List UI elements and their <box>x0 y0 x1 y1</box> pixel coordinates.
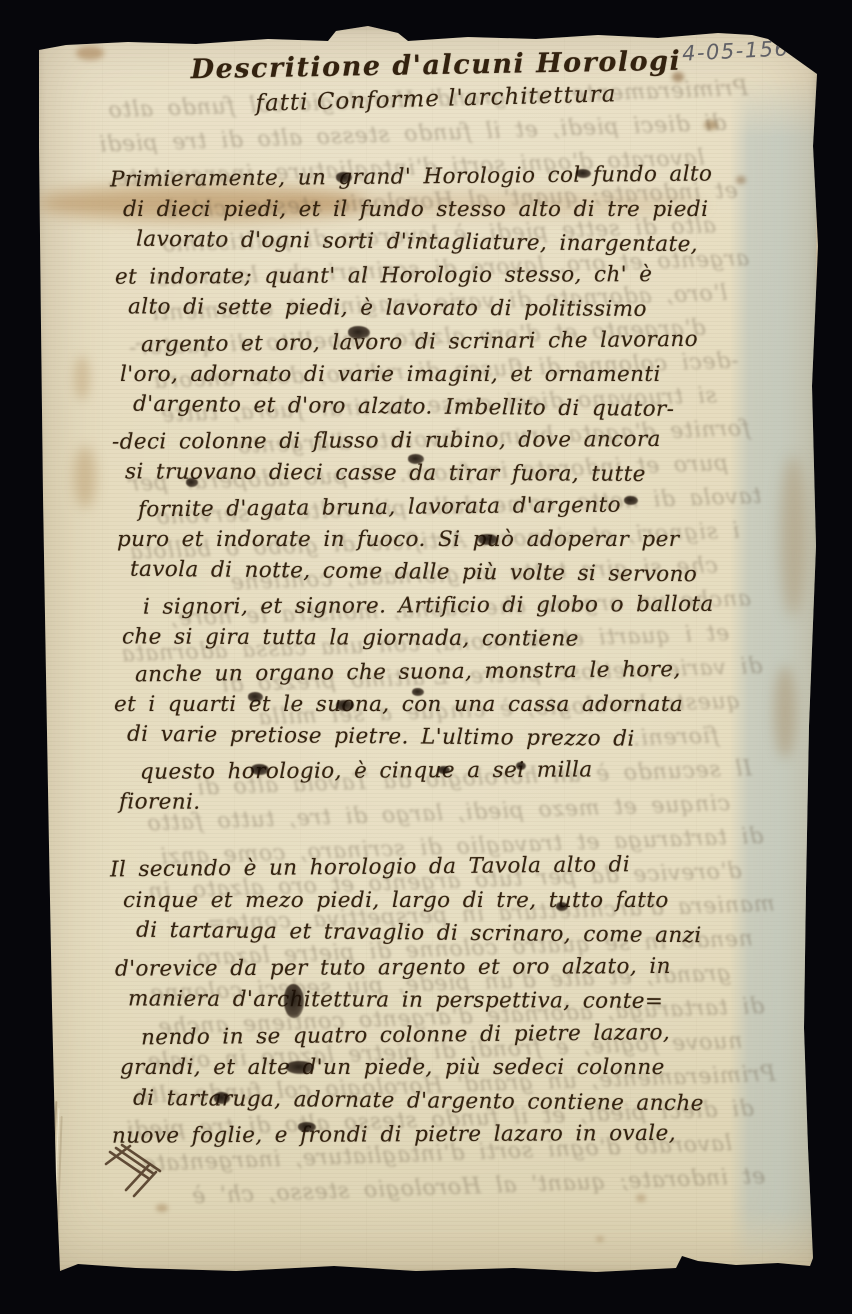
title-block: Descritione d'alcuni Horologi fatti Conf… <box>156 50 716 112</box>
manuscript-page: Primieramente, un grand' Horologio col f… <box>36 26 818 1274</box>
manuscript-line: l'oro, adornato di varie imagini, et orn… <box>120 358 800 391</box>
manuscript-line: tavola di notte, come dalle più volte si… <box>130 553 810 593</box>
manuscript-line: fioreni. <box>119 785 799 821</box>
manuscript-line: grandi, et alte d'un piede, più sedeci c… <box>120 1051 800 1085</box>
paragraph-first-clock: Primieramente, un grand' Horologio col f… <box>110 160 790 820</box>
manuscript-line: lavorato d'ogni sorti d'intagliature, in… <box>136 223 816 263</box>
document-title: Descritione d'alcuni Horologi <box>156 45 716 86</box>
manuscript-line: d'orevice da per tuto argento et oro alz… <box>115 949 795 986</box>
manuscript-line: puro et indorate in fuoco. Si può adoper… <box>117 523 797 556</box>
manuscript-line: di tartaruga, adornate d'argento contien… <box>133 1081 813 1121</box>
manuscript-line: che si gira tutta la giornada, contiene <box>122 620 802 656</box>
manuscript-line: alto di sette piedi, è lavorato di polit… <box>128 290 808 326</box>
manuscript-line: i signori, et signore. Artificio di glob… <box>143 587 823 623</box>
manuscript-line: et i quarti et le suona, con una cassa a… <box>114 688 794 721</box>
manuscript-line: nuove foglie, e frondi di pietre lazaro … <box>112 1116 792 1153</box>
photo-background: Primieramente, un grand' Horologio col f… <box>0 0 852 1314</box>
manuscript-line: anche un organo che suona, monstra le ho… <box>135 652 815 692</box>
manuscript-line: Il secundo è un horologio da Tavola alto… <box>110 847 790 887</box>
document-subtitle: fatti Conforme l'architettura <box>156 79 716 120</box>
manuscript-line: si truovano dieci casse da tirar fuora, … <box>125 455 805 491</box>
manuscript-line: et indorate; quant' al Horologio stesso,… <box>115 257 795 293</box>
manuscript-line: maniera d'architettura in perspettiva, c… <box>128 982 808 1019</box>
manuscript-line: fornite d'agata bruna, lavorata d'argent… <box>138 487 818 527</box>
manuscript-line: d'argento et d'oro alzato. Imbellito di … <box>133 388 813 428</box>
manuscript-line: Primieramente, un grand' Horologio col f… <box>110 157 790 197</box>
manuscript-line: cinque et mezo piedi, largo di tre, tutt… <box>123 884 803 918</box>
paragraph-second-clock: Il secundo è un horologio da Tavola alto… <box>110 850 790 1152</box>
manuscript-line: di dieci piedi, et il fundo stesso alto … <box>123 193 803 226</box>
manuscript-line: nendo in se quatro colonne di pietre laz… <box>141 1014 821 1054</box>
manuscript-line: questo horologio, è cinque a sei milla <box>140 752 820 788</box>
manuscript-line: argento et oro, lavoro di scrinari che l… <box>141 322 821 362</box>
tally-mark <box>96 1138 176 1204</box>
manuscript-line: -deci colonne di flusso di rubino, dove … <box>112 422 792 458</box>
manuscript-line: di varie pretiose pietre. L'ultimo prezz… <box>127 718 807 758</box>
manuscript-line: di tartaruga et travaglio di scrinaro, c… <box>136 914 816 954</box>
